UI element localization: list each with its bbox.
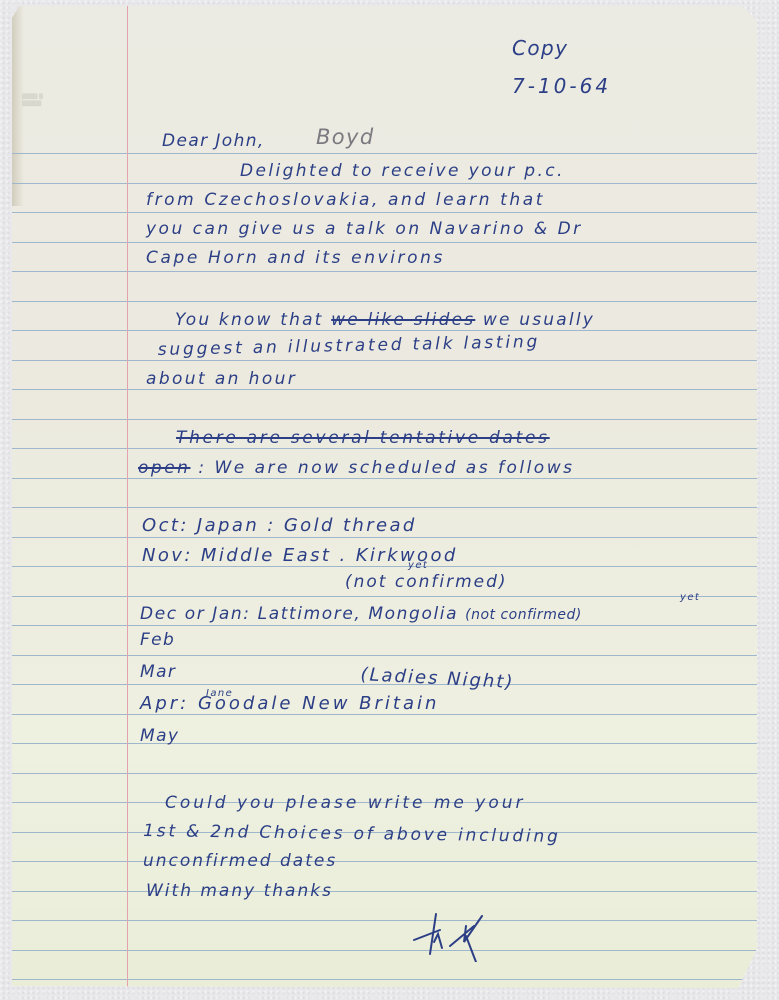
ruled-line [12,891,757,892]
closing-line: Could you please write me your [165,793,526,813]
ruled-line [12,183,757,184]
margin-line [127,6,128,988]
salutation-pencil-addition: Boyd [316,125,375,149]
body-line: you can give us a talk on Navarino & Dr [146,219,583,239]
closing-line: With many thanks [146,881,333,901]
schedule-item: Feb [140,630,175,650]
schedule-insert: Jane [206,688,233,699]
body-line: There are several tentative dates [176,428,550,448]
schedule-item: Apr: Goodale New Britain [140,693,439,714]
ruled-line [12,655,757,656]
schedule-item: May [140,726,179,746]
body-line: about an hour [146,369,297,389]
schedule-item: Oct: Japan : Gold thread [142,515,417,536]
ruled-line [12,596,757,597]
struck-text: open [138,458,190,478]
body-line: You know that we like slides we usually [175,310,595,330]
salutation: Dear John, [162,131,265,151]
paper-imprint: ▒▒▒▒ ▒▒▒▒▒▒ [22,94,62,108]
copy-label: Copy [512,36,568,60]
ruled-line [12,979,757,980]
signature-initials [412,912,502,962]
struck-text: There are several tentative dates [176,428,550,448]
body-line: from Czechoslovakia, and learn that [146,190,545,210]
ruled-line [12,389,757,390]
ruled-line [12,920,757,921]
ruled-line [12,743,757,744]
ruled-line [12,212,757,213]
ruled-line [12,950,757,951]
ruled-line [12,242,757,243]
schedule-item: Dec or Jan: Lattimore, Mongolia (not con… [140,604,582,624]
body-line: open : We are now scheduled as follows [138,458,574,478]
ruled-line [12,537,757,538]
ruled-line [12,861,757,862]
closing-line: unconfirmed dates [143,851,337,871]
letter-date: 7-10-64 [512,74,611,98]
ruled-line [12,271,757,272]
ruled-line [12,773,757,774]
schedule-item: Mar [140,662,176,682]
schedule-note: (not confirmed) [345,572,508,592]
schedule-note-insert: yet [680,592,700,603]
ruled-line [12,566,757,567]
ruled-line [12,360,757,361]
ruled-line [12,448,757,449]
body-line: Cape Horn and its environs [146,248,445,268]
ruled-line [12,507,757,508]
schedule-note-insert: yet [408,560,428,571]
ruled-line [12,153,757,154]
ruled-line [12,419,757,420]
ruled-line [12,330,757,331]
ruled-line [12,625,757,626]
struck-text: we like slides [331,310,475,330]
ruled-line [12,301,757,302]
body-line: Delighted to receive your p.c. [240,161,565,181]
